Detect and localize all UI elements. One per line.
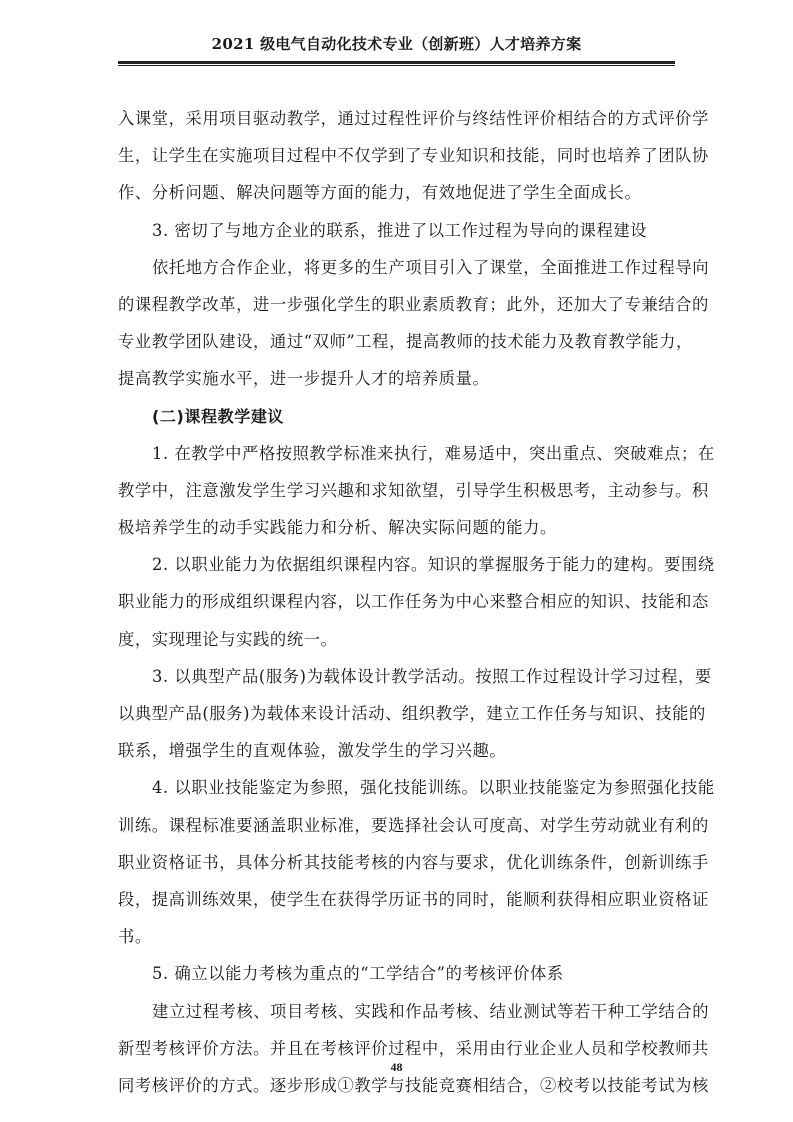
paragraph-line: 1. 在教学中严格按照教学标准来执行，难易适中，突出重点、突破难点；在 [118,435,678,472]
paragraph-line: 3. 以典型产品(服务)为载体设计教学活动。按照工作过程设计学习过程，要 [118,658,678,695]
paragraph-line: 职业能力的形成组织课程内容，以工作任务为中心来整合相应的知识、技能和态 [118,583,678,620]
paragraph-line: 训练。课程标准要涵盖职业标准，要选择社会认可度高、对学生劳动就业有利的 [118,807,678,844]
header-double-rule [118,61,675,66]
paragraph-line: 提高教学实施水平，进一步提升人才的培养质量。 [118,360,678,397]
paragraph-line: 入课堂，采用项目驱动教学，通过过程性评价与终结性评价相结合的方式评价学 [118,100,678,137]
paragraph-line: 书。 [118,918,678,955]
paragraph-line: 度，实现理论与实践的统一。 [118,621,678,658]
paragraph-line: 段，提高训练效果，使学生在获得学历证书的同时，能顺利获得相应职业资格证 [118,881,678,918]
document-body: 入课堂，采用项目驱动教学，通过过程性评价与终结性评价相结合的方式评价学 生，让学… [118,100,678,1104]
subsection-heading: 3. 密切了与地方企业的联系，推进了以工作过程为导向的课程建设 [118,212,678,249]
paragraph-line: 作、分析问题、解决问题等方面的能力，有效地促进了学生全面成长。 [118,174,678,211]
paragraph-line: 4. 以职业技能鉴定为参照，强化技能训练。以职业技能鉴定为参照强化技能 [118,769,678,806]
paragraph-line: 生，让学生在实施项目过程中不仅学到了专业知识和技能，同时也培养了团队协 [118,137,678,174]
paragraph-line: 建立过程考核、项目考核、实践和作品考核、结业测试等若干种工学结合的 [118,993,678,1030]
paragraph-line: 2. 以职业能力为依据组织课程内容。知识的掌握服务于能力的建构。要围绕 [118,546,678,583]
paragraph-line: 依托地方合作企业，将更多的生产项目引入了课堂，全面推进工作过程导向 [118,249,678,286]
paragraph-line: 专业教学团队建设，通过“双师”工程，提高教师的技术能力及教育教学能力， [118,323,678,360]
paragraph-line: 教学中，注意激发学生学习兴趣和求知欲望，引导学生积极思考，主动参与。积 [118,472,678,509]
header-rule-thin [118,65,675,66]
page-number: 48 [0,1060,793,1075]
paragraph-line: 的课程教学改革，进一步强化学生的职业素质教育；此外，还加大了专兼结合的 [118,286,678,323]
paragraph-line: 联系，增强学生的直观体验，激发学生的学习兴趣。 [118,732,678,769]
paragraph-line: 极培养学生的动手实践能力和分析、解决实际问题的能力。 [118,509,678,546]
document-title: 2021 级电气自动化技术专业（创新班）人才培养方案 [0,33,793,54]
section-heading: (二)课程教学建议 [118,398,678,435]
paragraph-line: 以典型产品(服务)为载体来设计活动、组织教学，建立工作任务与知识、技能的 [118,695,678,732]
paragraph-line: 职业资格证书，具体分析其技能考核的内容与要求，优化训练条件，创新训练手 [118,844,678,881]
subsection-heading: 5. 确立以能力考核为重点的“工学结合”的考核评价体系 [118,955,678,992]
